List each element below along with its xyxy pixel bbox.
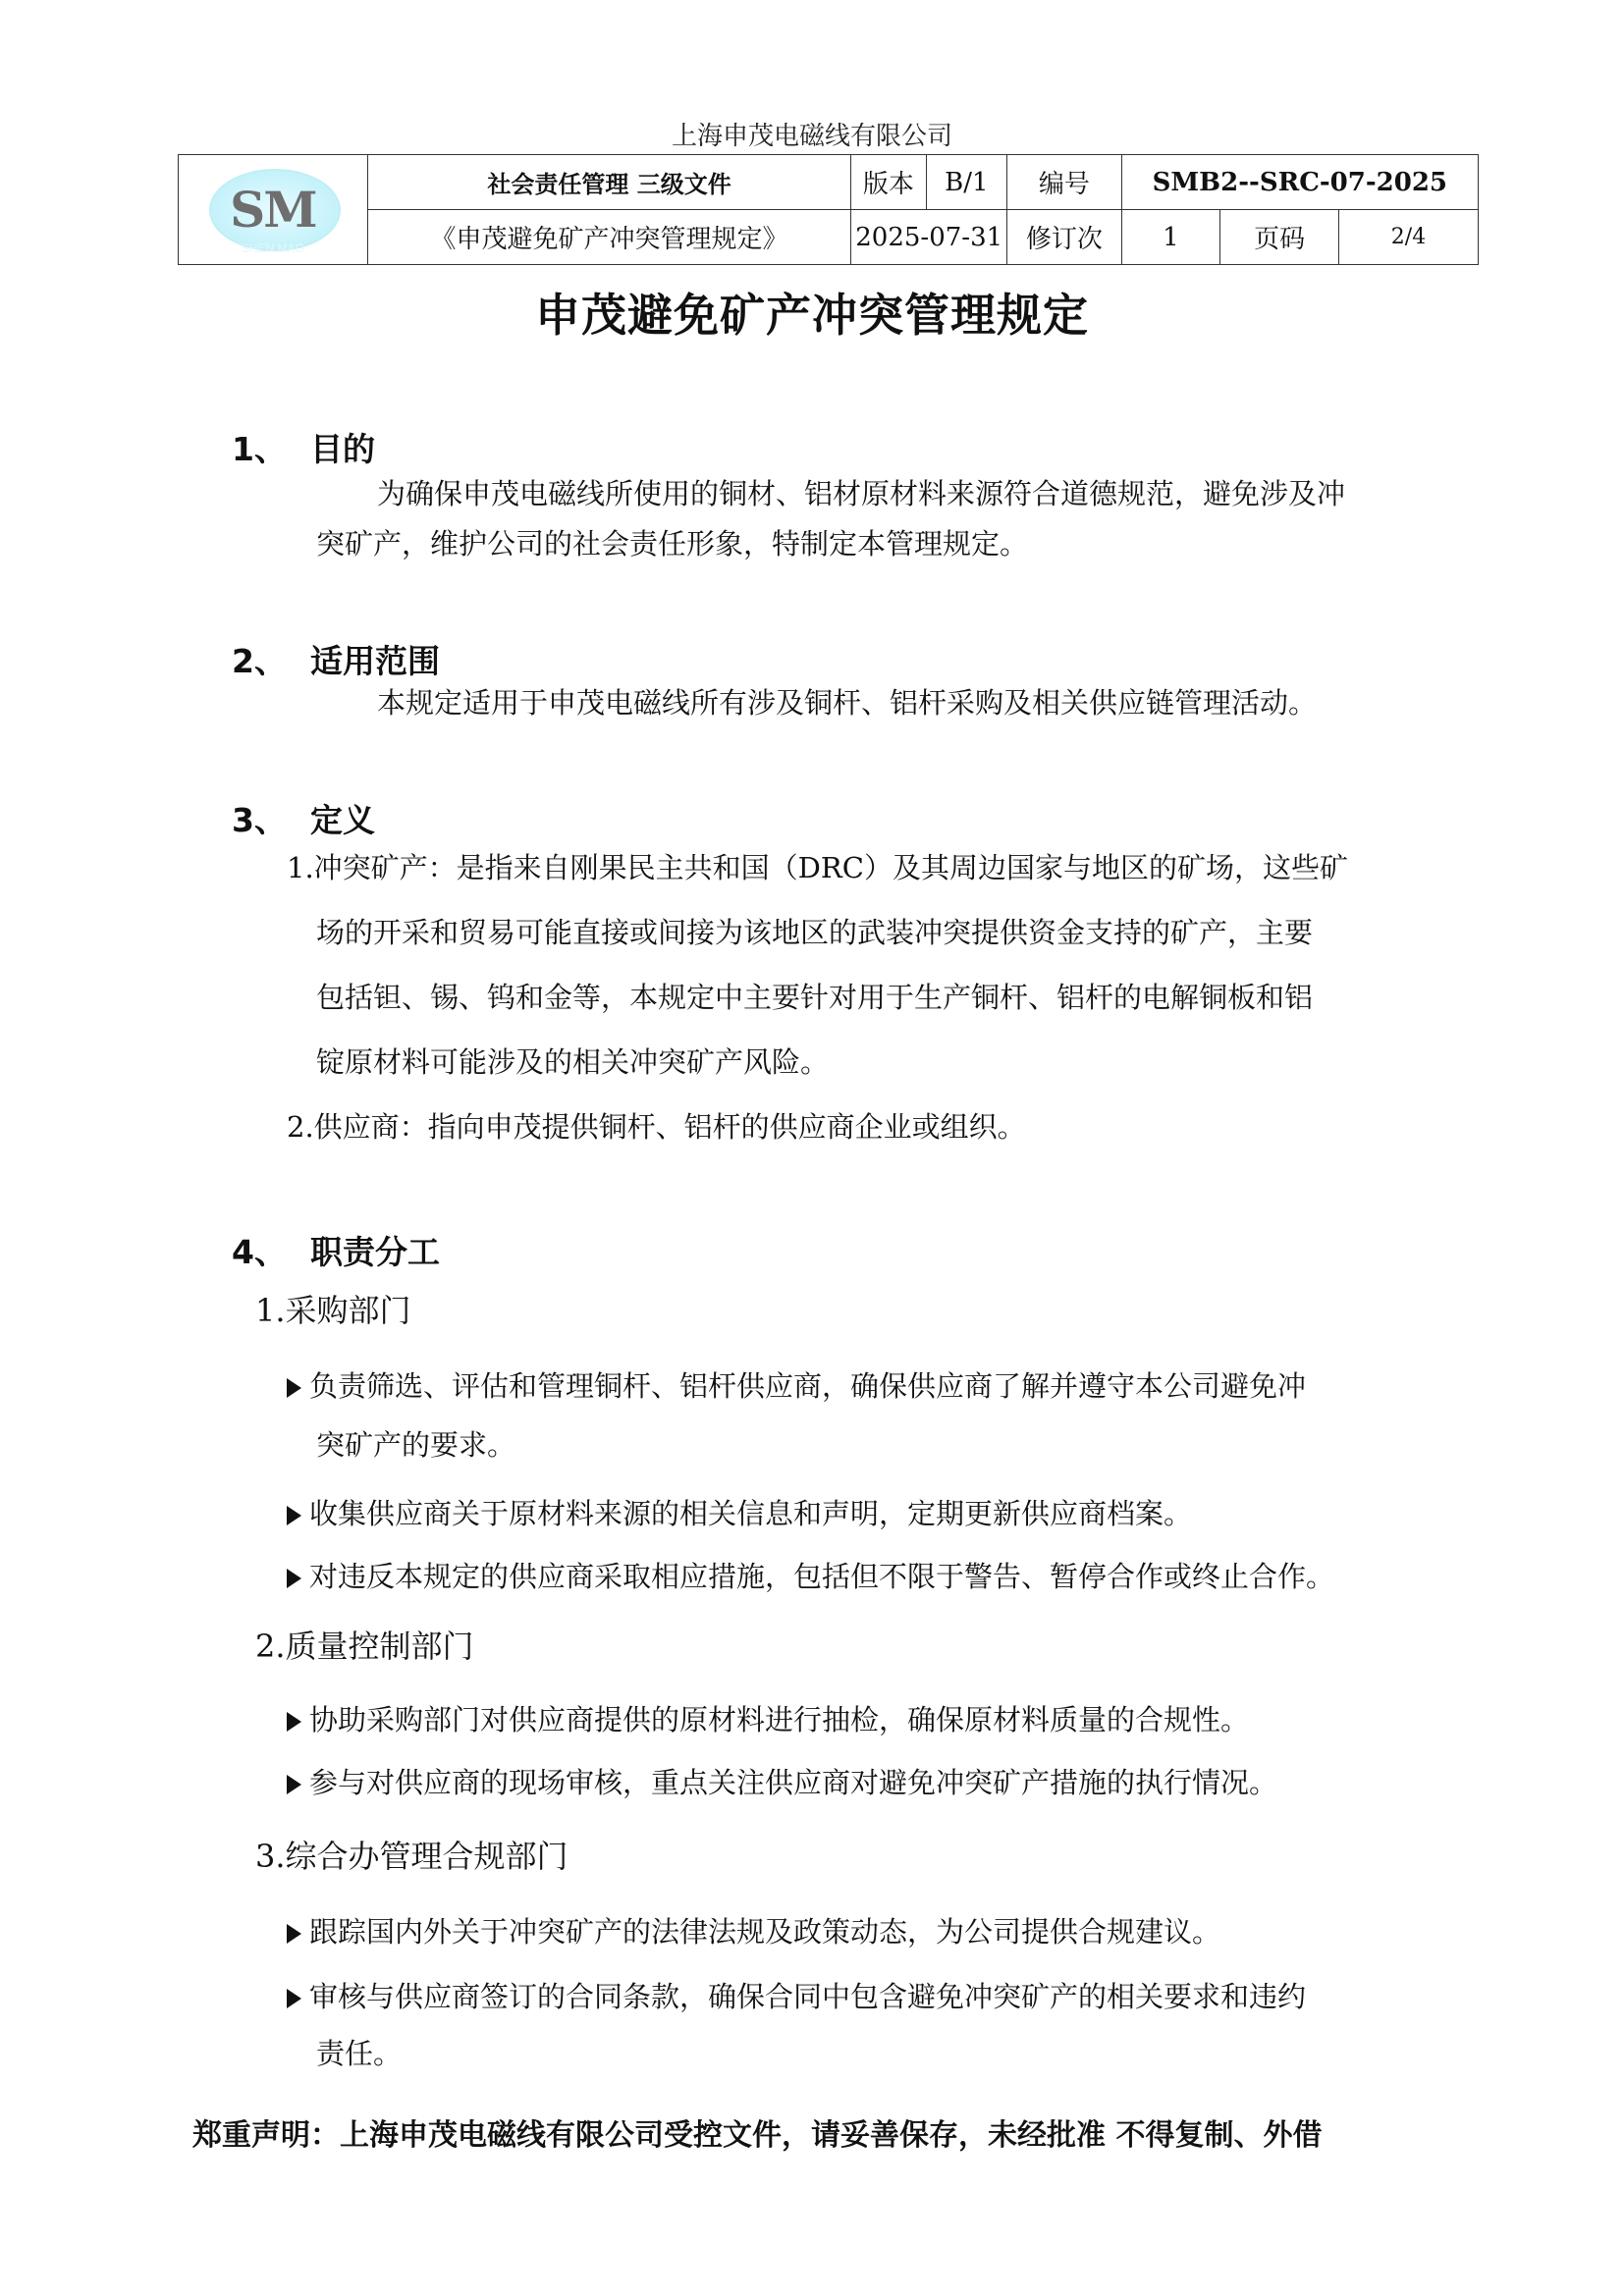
paragraph-line: 为确保申茂电磁线所使用的铜材、铝材原材料来源符合道德规范，避免涉及冲 [377, 478, 1345, 509]
bullet-item: 协助采购部门对供应商提供的原材料进行抽检，确保原材料质量的合规性。 [287, 1698, 1249, 1738]
document-title: 申茂避免矿产冲突管理规定 [0, 280, 1624, 345]
version-value: B/1 [926, 155, 1007, 210]
bullet-item: 对违反本规定的供应商采取相应措施，包括但不限于警告、暂停合作或终止合作。 [287, 1555, 1334, 1595]
arrow-bullet-icon [287, 1712, 301, 1732]
page-label: 页码 [1220, 210, 1339, 265]
number-value: SMB2--SRC-07-2025 [1121, 155, 1478, 210]
confidentiality-notice: 郑重声明：上海申茂电磁线有限公司受控文件，请妥善保存，未经批准 不得复制、外借 [192, 2110, 1322, 2154]
doc-category: 社会责任管理 三级文件 [367, 155, 851, 210]
doc-name: 《申茂避免矿产冲突管理规定》 [367, 210, 851, 265]
definition-line: 1.冲突矿产：是指来自刚果民主共和国（DRC）及其周边国家与地区的矿场，这些矿 [287, 852, 1348, 883]
department-heading-quality: 2.质量控制部门 [255, 1622, 474, 1667]
revision-value: 1 [1121, 210, 1220, 265]
version-label: 版本 [851, 155, 926, 210]
definition-line: 锭原材料可能涉及的相关冲突矿产风险。 [316, 1046, 829, 1078]
bullet-continuation: 责任。 [316, 2038, 402, 2069]
section-heading-purpose: 1、目的 [232, 424, 375, 470]
arrow-bullet-icon [287, 1989, 301, 2008]
number-label: 编号 [1007, 155, 1122, 210]
section-heading-scope: 2、适用范围 [232, 636, 440, 682]
section-heading-responsibilities: 4、职责分工 [232, 1227, 440, 1273]
arrow-bullet-icon [287, 1378, 301, 1398]
logo-subtext: SHEN MAO [204, 241, 342, 255]
bullet-item: 负责筛选、评估和管理铜杆、铝杆供应商，确保供应商了解并遵守本公司避免冲 [287, 1364, 1306, 1405]
definition-line: 场的开采和贸易可能直接或间接为该地区的武装冲突提供资金支持的矿产，主要 [316, 917, 1313, 948]
bullet-continuation: 突矿产的要求。 [316, 1429, 515, 1461]
arrow-bullet-icon [287, 1924, 301, 1944]
revision-label: 修订次 [1007, 210, 1122, 265]
arrow-bullet-icon [287, 1775, 301, 1794]
bullet-item: 参与对供应商的现场审核，重点关注供应商对避免冲突矿产措施的执行情况。 [287, 1761, 1277, 1801]
logo-text: SM [204, 181, 342, 239]
definition-line: 包括钽、锡、钨和金等，本规定中主要针对用于生产铜杆、铝杆的电解铜板和铝 [316, 982, 1313, 1013]
bullet-item: 收集供应商关于原材料来源的相关信息和声明，定期更新供应商档案。 [287, 1492, 1192, 1532]
page-value: 2/4 [1338, 210, 1478, 265]
bullet-item: 审核与供应商签订的合同条款，确保合同中包含避免冲突矿产的相关要求和违约 [287, 1975, 1306, 2015]
department-heading-compliance: 3.综合办管理合规部门 [255, 1832, 568, 1877]
date-value: 2025-07-31 [851, 210, 1007, 265]
company-name-header: 上海申茂电磁线有限公司 [0, 116, 1624, 152]
arrow-bullet-icon [287, 1506, 301, 1525]
section-heading-definitions: 3、定义 [232, 795, 375, 841]
sm-logo: SM SHEN MAO [204, 161, 342, 259]
paragraph-line: 突矿产，维护公司的社会责任形象，特制定本管理规定。 [316, 528, 1028, 560]
department-heading-procurement: 1.采购部门 [255, 1286, 411, 1331]
paragraph-line: 本规定适用于申茂电磁线所有涉及铜杆、铝杆采购及相关供应链管理活动。 [377, 687, 1317, 719]
bullet-item: 跟踪国内外关于冲突矿产的法律法规及政策动态，为公司提供合规建议。 [287, 1910, 1220, 1950]
arrow-bullet-icon [287, 1569, 301, 1588]
document-control-table: SM SHEN MAO 社会责任管理 三级文件 版本 B/1 编号 SMB2--… [178, 154, 1479, 265]
definition-line: 2.供应商：指向申茂提供铜杆、铝杆的供应商企业或组织。 [287, 1111, 1026, 1143]
company-logo-cell: SM SHEN MAO [179, 155, 368, 265]
